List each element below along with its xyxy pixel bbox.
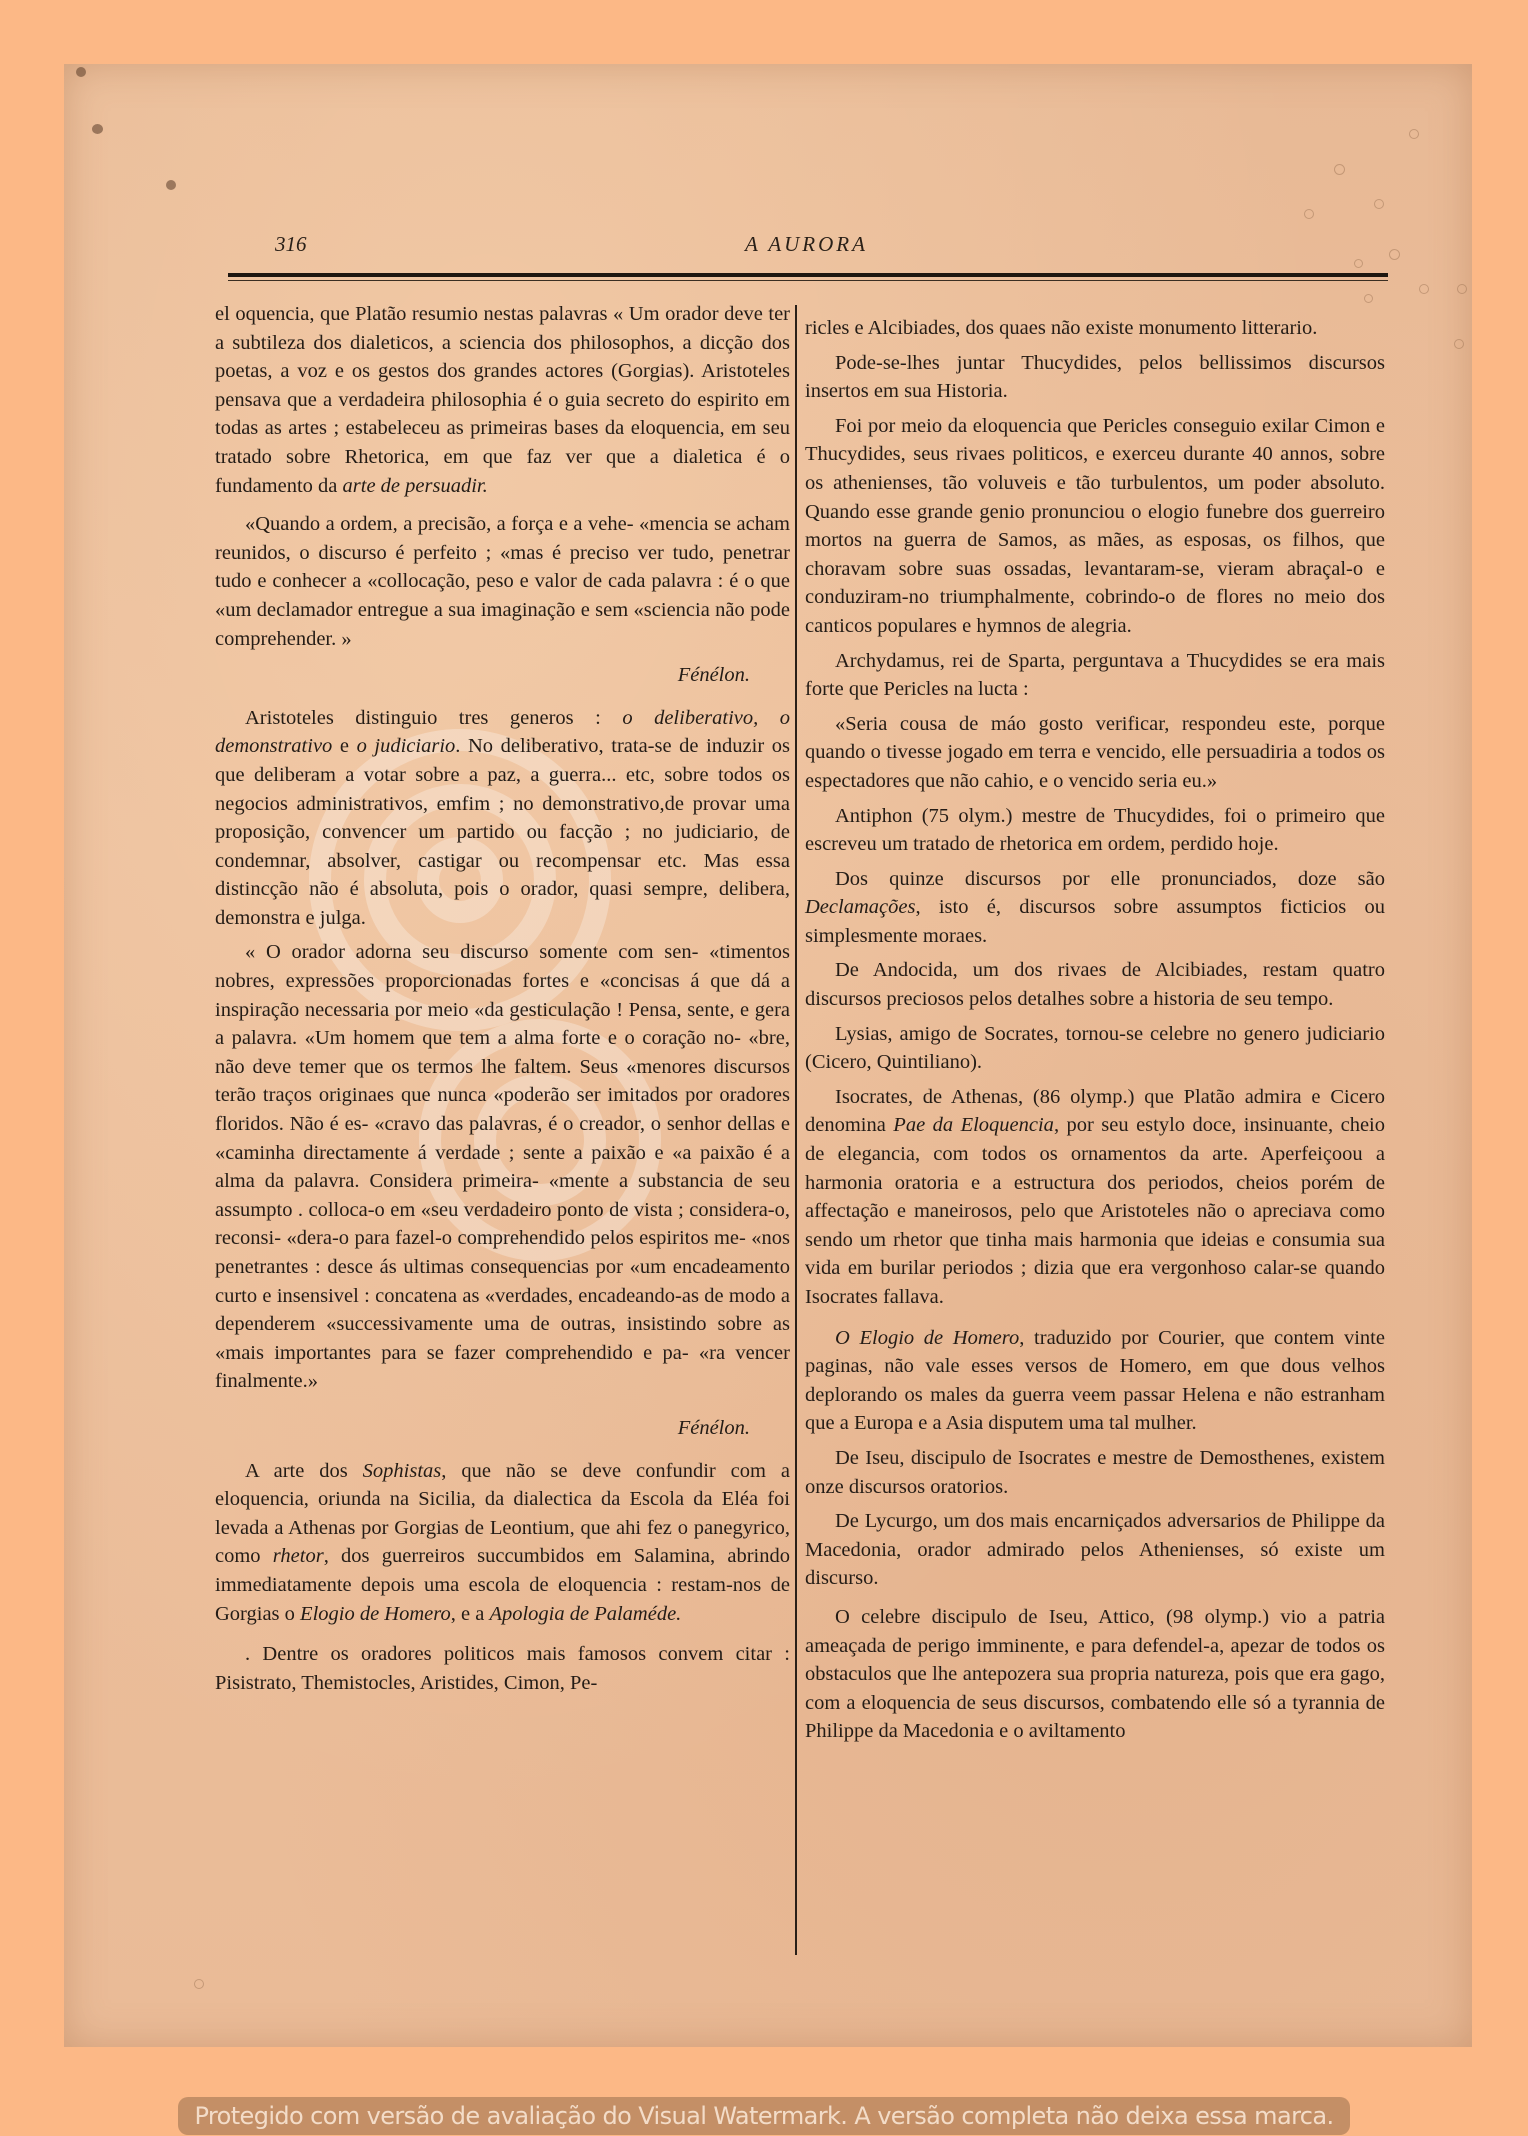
italic-text: arte de persuadir. xyxy=(343,475,488,497)
paragraph: el oquencia, que Platão resumio nestas p… xyxy=(215,300,790,500)
paragraph: O Elogio de Homero, traduzido por Courie… xyxy=(805,1324,1385,1438)
paragraph: A arte dos Sophistas, que não se deve co… xyxy=(215,1457,790,1629)
italic-text: Elogio de Homero xyxy=(300,1603,451,1625)
paper-speck xyxy=(1334,164,1345,175)
text-run: e xyxy=(332,735,356,757)
watermark-banner: Protegido com versão de avaliação do Vis… xyxy=(178,2097,1350,2135)
paragraph: Archydamus, rei de Sparta, perguntava a … xyxy=(805,647,1385,704)
quotation: «Quando a ordem, a precisão, a força e a… xyxy=(215,510,790,653)
quotation: « O orador adorna seu discurso somente c… xyxy=(215,938,790,1396)
italic-text: rhetor xyxy=(273,1545,324,1567)
paper-speck xyxy=(1304,209,1314,219)
signature: Fénélon. xyxy=(215,661,790,690)
paragraph: . Dentre os oradores politicos mais famo… xyxy=(215,1640,790,1697)
italic-text: O Elogio de Homero xyxy=(835,1327,1019,1349)
column-divider xyxy=(795,305,797,1955)
right-column: ricles e Alcibiades, dos quaes não exist… xyxy=(805,314,1385,1752)
paper-speck xyxy=(166,180,176,190)
italic-text: Pae da Eloquencia xyxy=(893,1114,1054,1136)
page-number: 316 xyxy=(275,232,307,257)
paragraph: De Lycurgo, um dos mais encarniçados adv… xyxy=(805,1507,1385,1593)
paragraph: Isocrates, de Athenas, (86 olymp.) que P… xyxy=(805,1083,1385,1312)
paper-speck xyxy=(1374,199,1384,209)
paper-speck xyxy=(76,67,86,77)
paragraph: De Andocida, um dos rivaes de Alcibiades… xyxy=(805,956,1385,1013)
italic-text: o judiciario xyxy=(357,735,456,757)
text-run: Dos quinze discursos por elle pronunciad… xyxy=(835,868,1385,890)
paper-speck xyxy=(1457,284,1467,294)
paragraph: Aristoteles distinguio tres generos : o … xyxy=(215,704,790,933)
header-rule-thin xyxy=(228,280,1388,281)
paper-speck xyxy=(1409,129,1419,139)
signature: Fénélon. xyxy=(215,1414,790,1443)
paragraph: De Iseu, discipulo de Isocrates e mestre… xyxy=(805,1444,1385,1501)
paragraph: Lysias, amigo de Socrates, tornou-se cel… xyxy=(805,1020,1385,1077)
journal-title: A AURORA xyxy=(745,232,868,257)
paper-speck xyxy=(194,1979,204,1989)
paragraph: Antiphon (75 olym.) mestre de Thucydides… xyxy=(805,802,1385,859)
text-run: , e a xyxy=(451,1603,490,1625)
left-column: el oquencia, que Platão resumio nestas p… xyxy=(215,300,790,1703)
paragraph: Foi por meio da eloquencia que Pericles … xyxy=(805,412,1385,641)
paper-speck xyxy=(1419,284,1429,294)
text-run: , por seu estylo doce, insinuante, cheio… xyxy=(805,1114,1385,1308)
paper-speck xyxy=(1454,339,1464,349)
header-rule xyxy=(228,273,1388,277)
italic-text: Sophistas xyxy=(363,1460,442,1482)
page-header: 316 A AURORA xyxy=(215,232,1395,262)
paper-speck xyxy=(92,124,103,134)
paragraph: O celebre discipulo de Iseu, Attico, (98… xyxy=(805,1603,1385,1746)
paragraph: ricles e Alcibiades, dos quaes não exist… xyxy=(805,314,1385,343)
text-run: Aristoteles distinguio tres generos : xyxy=(245,707,622,729)
paragraph: Dos quinze discursos por elle pronunciad… xyxy=(805,865,1385,951)
paper-speck xyxy=(1364,294,1373,303)
paragraph: Pode-se-lhes juntar Thucydides, pelos be… xyxy=(805,349,1385,406)
italic-text: Apologia de Palaméde. xyxy=(489,1603,681,1625)
text-run: A arte dos xyxy=(245,1460,363,1482)
text-run: el oquencia, que Platão resumio nestas p… xyxy=(215,303,790,497)
quotation: «Seria cousa de máo gosto verificar, res… xyxy=(805,710,1385,796)
text-run: . No deliberativo, trata-se de induzir o… xyxy=(215,735,790,929)
italic-text: Declamações xyxy=(805,896,915,918)
